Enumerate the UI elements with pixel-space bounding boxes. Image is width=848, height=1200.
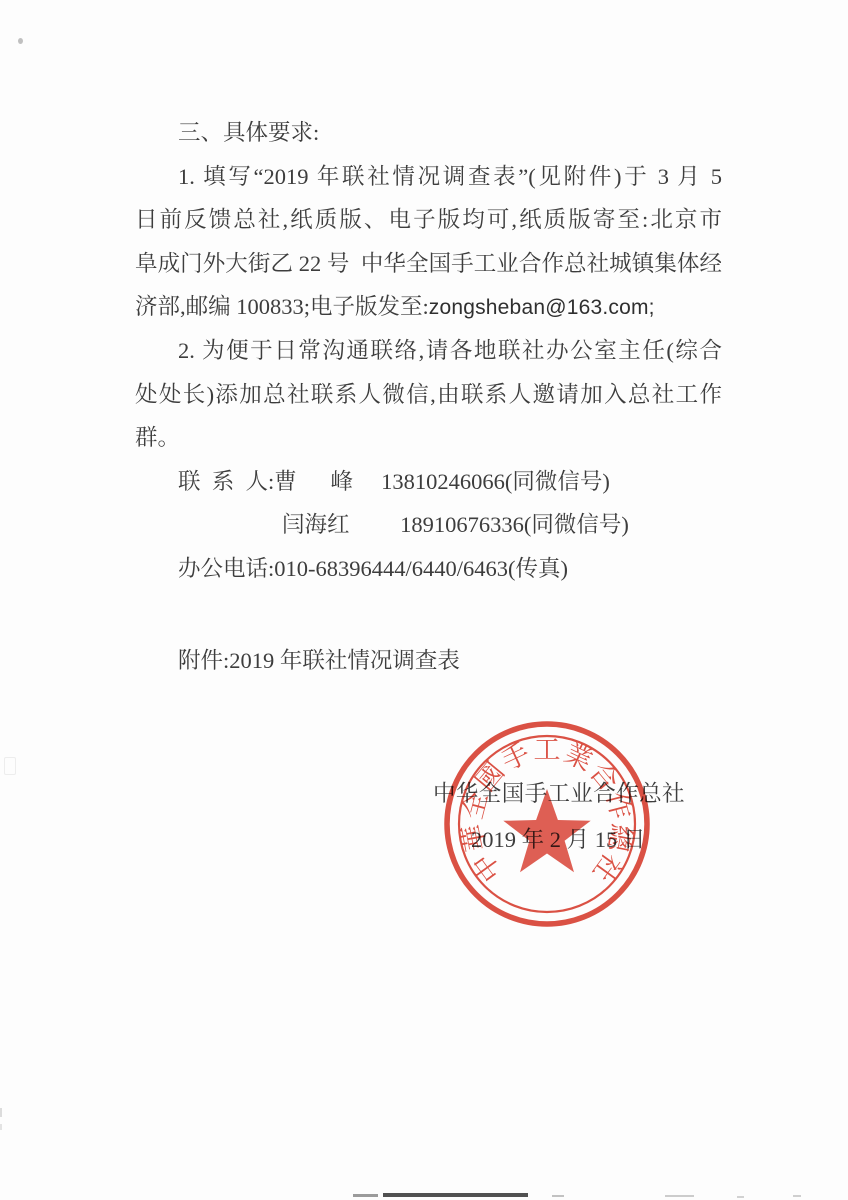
document-page: 三、具体要求:1. 填写“2019 年联社情况调查表”(见附件)于 3 月 5日…: [0, 0, 848, 1200]
text-segment: 处处长)添加总社联系人微信,由联系人邀请加入总社工作: [135, 382, 722, 407]
body-line: 2. 为便于日常沟通联络,请各地联社办公室主任(综合: [135, 329, 722, 373]
scan-artifact: [383, 1193, 528, 1197]
email-address: zongsheban@163.com;: [429, 296, 655, 319]
body-line: 阜成门外大街乙 22 号 中华全国手工业合作总社城镇集体经: [135, 242, 722, 286]
body-line: 济部,邮编 100833;电子版发至:zongsheban@163.com;: [135, 285, 722, 329]
text-segment: 联 系 人:曹 峰 13810246066(同微信号): [178, 469, 610, 494]
seal-ring-char: 業: [560, 738, 597, 777]
scan-artifact: [18, 38, 23, 44]
body-line: 联 系 人:曹 峰 13810246066(同微信号): [135, 460, 722, 504]
text-segment: 闫海红 18910676336(同微信号): [282, 512, 629, 537]
seal-ring-char: 手: [497, 738, 534, 777]
body-line: 三、具体要求:: [135, 111, 722, 155]
text-segment: 办公电话:010-68396444/6440/6463(传真): [178, 556, 568, 581]
scan-artifact: [0, 1124, 2, 1130]
scan-artifact: [4, 757, 16, 775]
body-line: 办公电话:010-68396444/6440/6463(传真): [135, 547, 722, 591]
text-segment: 三、具体要求:: [178, 120, 319, 145]
body-line: 1. 填写“2019 年联社情况调查表”(见附件)于 3 月 5: [135, 155, 722, 199]
attachment-line: 附件:2019 年联社情况调查表: [178, 639, 460, 683]
body-line: 闫海红 18910676336(同微信号): [135, 503, 722, 547]
body-line: 群。: [135, 416, 722, 460]
scan-artifact: [0, 1108, 2, 1117]
text-segment: 日前反馈总社,纸质版、电子版均可,纸质版寄至:北京市: [135, 207, 722, 232]
scan-artifact: [552, 1195, 564, 1197]
body-line: 处处长)添加总社联系人微信,由联系人邀请加入总社工作: [135, 373, 722, 417]
text-segment: 济部,邮编 100833;电子版发至:: [135, 294, 429, 319]
body-lines: 三、具体要求:1. 填写“2019 年联社情况调查表”(见附件)于 3 月 5日…: [135, 111, 722, 591]
scan-artifact: [793, 1195, 801, 1197]
scan-artifact: [737, 1196, 744, 1198]
signature-organization: 中华全国手工业合作总社: [433, 772, 685, 816]
scan-artifact: [353, 1194, 378, 1197]
text-segment: 2. 为便于日常沟通联络,请各地联社办公室主任(综合: [178, 338, 722, 363]
seal-ring-char: 工: [534, 735, 561, 765]
text-segment: 群。: [135, 425, 180, 450]
text-segment: 阜成门外大街乙 22 号 中华全国手工业合作总社城镇集体经: [135, 251, 722, 276]
text-segment: 1. 填写“2019 年联社情况调查表”(见附件)于 3 月 5: [178, 164, 722, 189]
signature-date: 2019 年 2 月 15 日: [471, 818, 645, 862]
body-line: 日前反馈总社,纸质版、电子版均可,纸质版寄至:北京市: [135, 198, 722, 242]
scan-artifact: [665, 1195, 694, 1197]
